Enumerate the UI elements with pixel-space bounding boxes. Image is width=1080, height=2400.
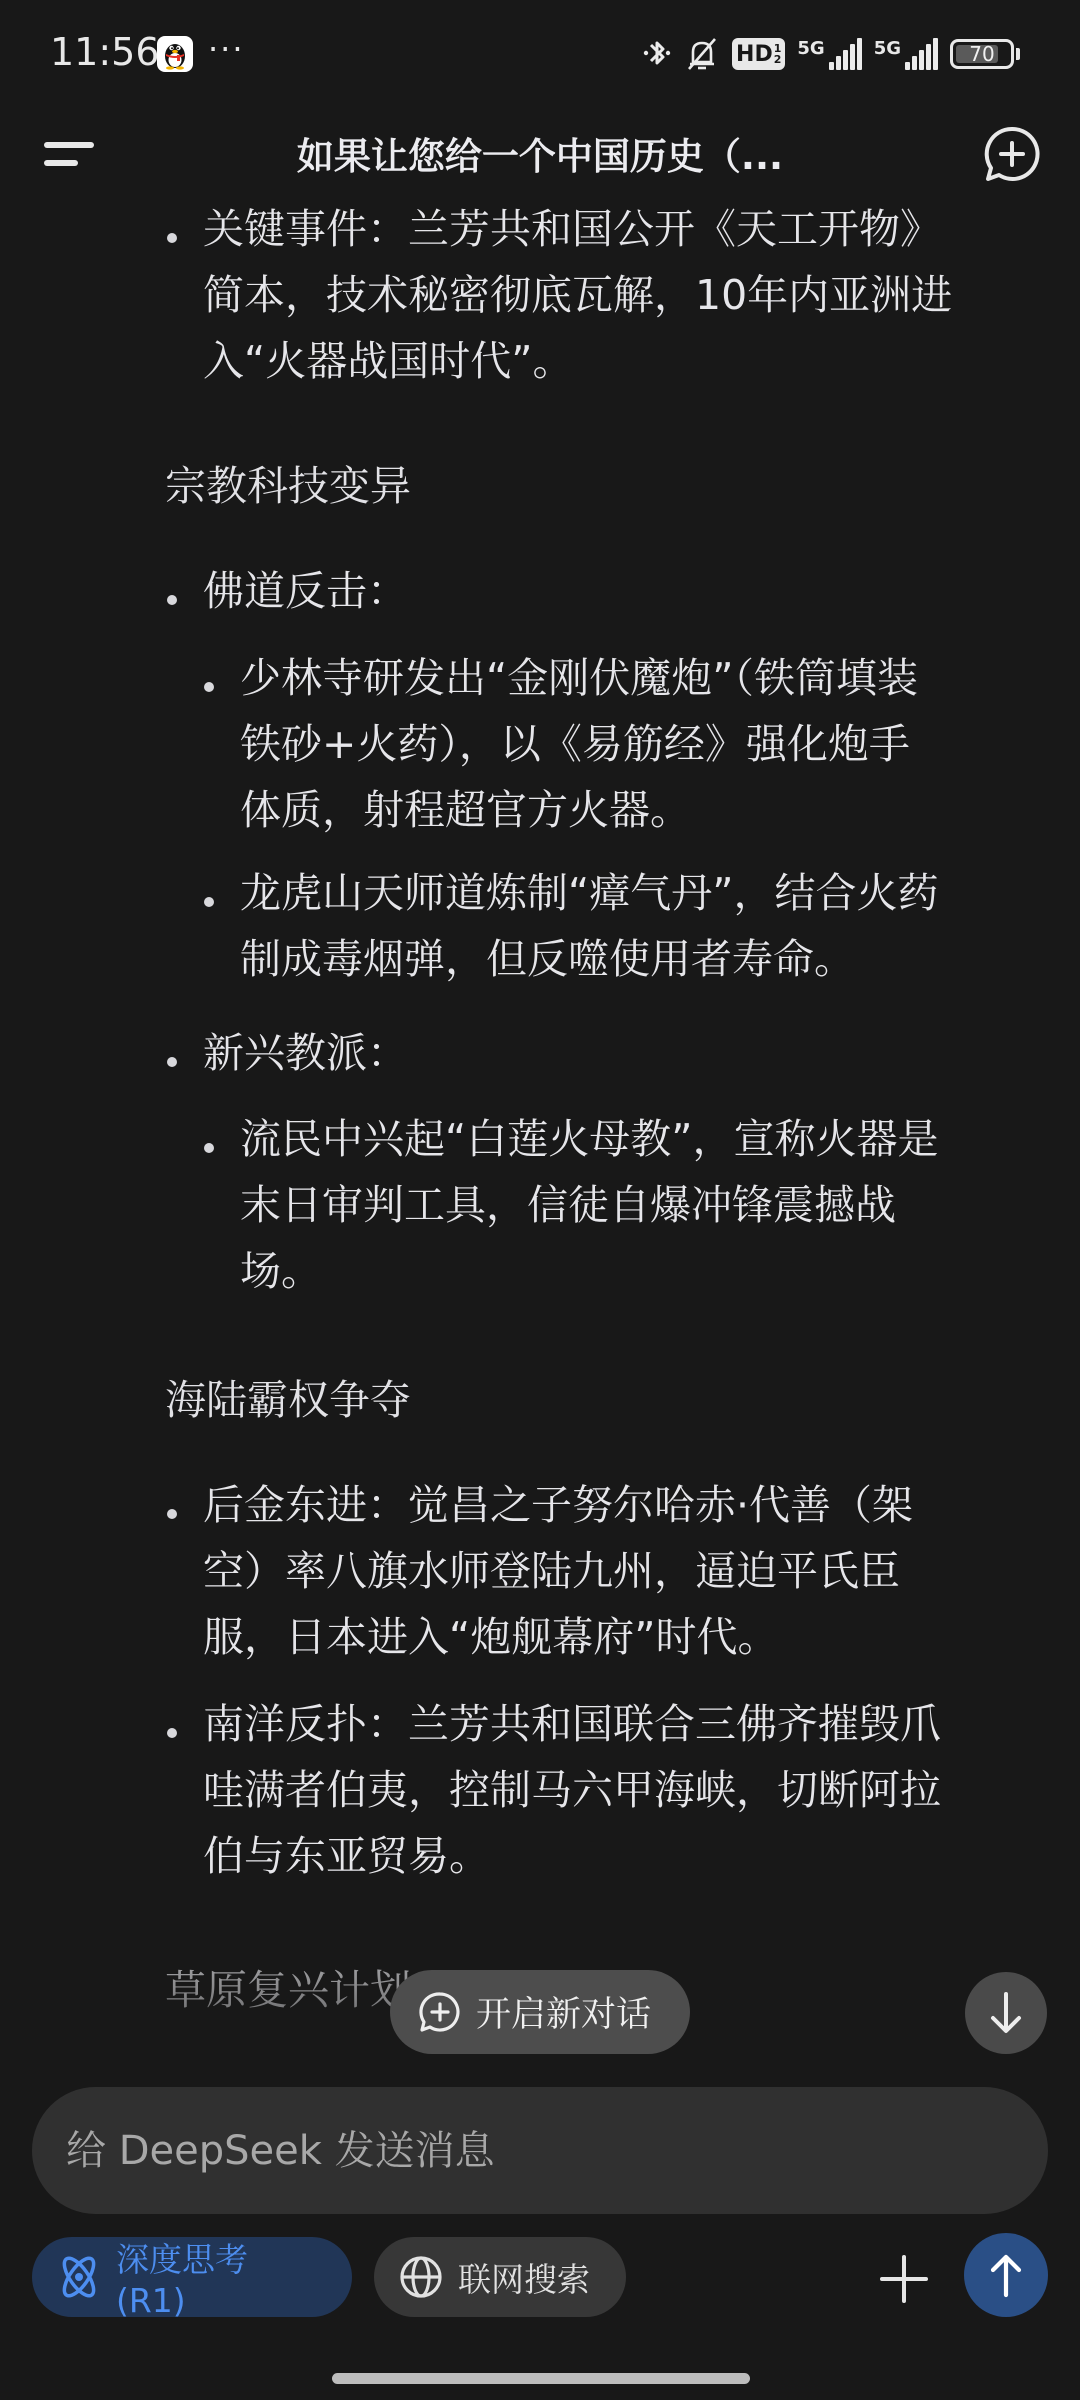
new-dialog-button[interactable]: 开启新对话 <box>390 1970 690 2054</box>
list-item-label: 佛道反击： <box>203 567 408 616</box>
new-dialog-label: 开启新对话 <box>476 1987 651 2037</box>
hd-voice-icon: HD 12 <box>732 38 785 70</box>
bell-muted-icon <box>684 35 720 73</box>
home-indicator[interactable] <box>332 2373 750 2384</box>
message-content: 关键事件：兰芳共和国公开《天工开物》 简本，技术秘密彻底瓦解，10年内亚洲进 入… <box>0 195 1080 2075</box>
list-item-text: 制成毒烟弹，但反噬使用者寿命。 <box>240 935 855 984</box>
bullet-dot <box>167 1509 177 1519</box>
more-notifications-icon: ··· <box>208 30 245 68</box>
list-item-text: 入“火器战国时代”。 <box>203 337 573 386</box>
battery-icon: 70 <box>950 39 1020 69</box>
bullet-dot <box>167 595 177 605</box>
list-item-text: 伯与东亚贸易。 <box>203 1832 490 1881</box>
status-time: 11:56 <box>50 30 160 74</box>
web-search-toggle[interactable]: 联网搜索 <box>374 2237 626 2317</box>
new-chat-icon <box>982 124 1042 184</box>
deepseek-chat-screen: 11:56 ··· HD 12 <box>0 0 1080 2400</box>
message-input[interactable] <box>66 2087 1006 2214</box>
list-item-text: 哇满者伯夷，控制马六甲海峡，切断阿拉 <box>203 1766 941 1815</box>
chat-header: 如果让您给一个中国历史（... <box>0 112 1080 192</box>
sub-bullet-dot <box>204 1143 214 1153</box>
list-item-text: 铁砂+火药），以《易筋经》强化炮手 <box>240 720 910 769</box>
qq-penguin-icon <box>157 36 193 72</box>
list-item-text: 少林寺研发出“金刚伏魔炮”（铁筒填装 <box>240 654 918 703</box>
send-button[interactable] <box>964 2233 1048 2317</box>
list-item-text: 关键事件：兰芳共和国公开《天工开物》 <box>203 205 941 254</box>
deep-think-toggle[interactable]: 深度思考 (R1) <box>32 2237 352 2317</box>
section-heading: 宗教科技变异 <box>165 453 411 512</box>
list-item-text: 空）率八旗水师登陆九州，逼迫平氏臣 <box>203 1547 900 1596</box>
web-search-label: 联网搜索 <box>458 2254 590 2301</box>
composer-toolbar: 深度思考 (R1) 联网搜索 <box>0 2237 1080 2322</box>
section-heading: 草原复兴计划 <box>165 1957 411 2016</box>
scroll-to-bottom-button[interactable] <box>965 1972 1047 2054</box>
bullet-dot <box>167 1728 177 1738</box>
section-heading: 海陆霸权争夺 <box>165 1367 411 1426</box>
5g-signal-icon: 5G <box>874 38 938 70</box>
atom-icon <box>56 2252 102 2302</box>
list-item-text: 场。 <box>240 1247 322 1296</box>
list-item-text: 末日审判工具，信徒自爆冲锋震撼战 <box>240 1181 896 1230</box>
list-item-text: 后金东进：觉昌之子努尔哈赤·代善（架 <box>203 1481 913 1530</box>
list-item-text: 简本，技术秘密彻底瓦解，10年内亚洲进 <box>203 271 952 320</box>
deep-think-label: 深度思考 (R1) <box>116 2234 328 2320</box>
list-item-text: 服，日本进入“炮舰幕府”时代。 <box>203 1613 778 1662</box>
sub-bullet-dot <box>204 682 214 692</box>
globe-icon <box>398 2254 444 2300</box>
arrow-down-icon <box>986 1990 1026 2036</box>
attach-button[interactable] <box>876 2251 932 2307</box>
status-icons: HD 12 5G 5G 70 <box>642 34 1020 74</box>
bullet-dot <box>167 233 177 243</box>
plus-icon <box>876 2251 932 2307</box>
bullet-dot <box>167 1057 177 1067</box>
list-item-label: 新兴教派： <box>203 1029 408 1078</box>
new-chat-icon <box>418 1990 462 2034</box>
list-item-text: 体质，射程超官方火器。 <box>240 786 691 835</box>
list-item-text: 龙虎山天师道炼制“瘴气丹”，结合火药 <box>240 869 938 918</box>
battery-percent: 70 <box>969 42 994 66</box>
status-bar: 11:56 ··· HD 12 <box>0 0 1080 105</box>
new-chat-button[interactable] <box>982 124 1042 184</box>
arrow-up-icon <box>986 2250 1026 2300</box>
bluetooth-icon <box>642 35 672 73</box>
conversation-title: 如果让您给一个中国历史（... <box>0 126 1080 180</box>
message-composer <box>32 2087 1048 2214</box>
sub-bullet-dot <box>204 897 214 907</box>
list-item-text: 南洋反扑：兰芳共和国联合三佛齐摧毁爪 <box>203 1700 941 1749</box>
5g-signal-icon: 5G <box>797 38 861 70</box>
list-item-text: 流民中兴起“白莲火母教”，宣称火器是 <box>240 1115 938 1164</box>
